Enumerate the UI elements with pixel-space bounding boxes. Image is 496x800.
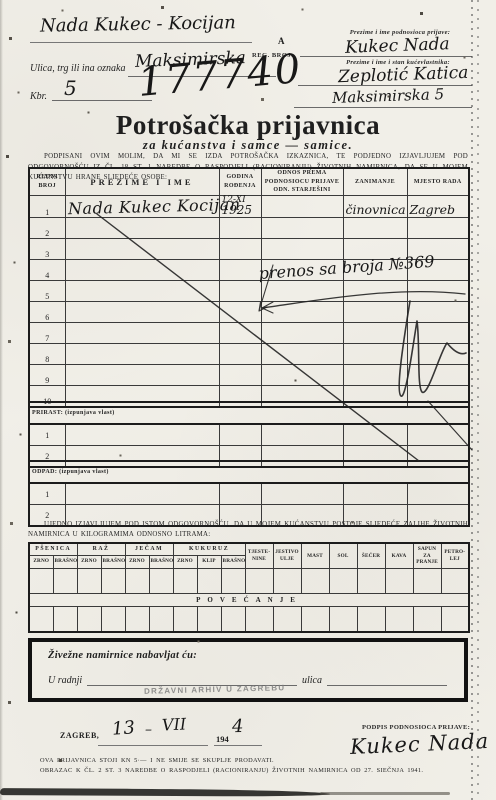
col-header-godina-rodjenja: GODINA ROĐENJA <box>219 168 261 196</box>
supply-value-cell <box>77 607 101 633</box>
member-birth-cell <box>219 323 261 344</box>
row-number: 9 <box>29 365 65 386</box>
supply-value-cell <box>77 569 101 594</box>
street-label: Ulica, trg ili ina oznaka <box>30 63 125 74</box>
member-workplace-cell: Zagreb <box>407 196 469 218</box>
col-header-redni-broj: REDNI BROJ <box>29 168 65 196</box>
footer-regulation-note: OBRAZAC K ČL. 2 ST. 3 NAREDBE O RASPODJE… <box>40 767 423 774</box>
odpad-birth-cell <box>219 483 261 505</box>
supply-value-cell <box>29 569 53 594</box>
member-row-1: 1 Nada Kukec Kocijan 12-XI1925 činovnica… <box>29 196 469 218</box>
supply-value-cell <box>441 607 469 633</box>
supply-value-cell <box>197 569 221 594</box>
member-workplace-cell <box>407 323 469 344</box>
left-scan-edge <box>0 0 3 800</box>
supply-value-cell <box>29 607 53 633</box>
right-edge-perforation <box>471 0 473 800</box>
member-occupation-cell <box>343 365 407 386</box>
house-number-line <box>52 100 152 101</box>
house-number-label: Kbr. <box>30 91 47 102</box>
odpad-name-cell <box>65 483 219 505</box>
col-group-raz: RAŽ <box>77 543 125 556</box>
prirast-label: PRIRAST: (izpunjava vlast) <box>29 402 469 424</box>
member-relation-cell <box>261 365 343 386</box>
landlord-address-line <box>294 107 472 108</box>
landlord-name-line <box>298 85 472 86</box>
member-name-cell <box>65 281 219 302</box>
member-name-cell <box>65 323 219 344</box>
supply-value-cell <box>149 569 173 594</box>
member-relation-cell <box>261 196 343 218</box>
bottom-scan-smudge-light <box>320 792 450 795</box>
col-header-sol: SOL <box>329 543 357 569</box>
section-letter: A <box>278 36 285 46</box>
supply-value-cell <box>301 569 329 594</box>
row-number: 2 <box>29 218 65 239</box>
supplies-group-header-row: PŠENICA RAŽ JEČAM KUKURUZ TJESTE-NINE JE… <box>29 543 469 556</box>
member-relation-cell <box>261 218 343 239</box>
supply-value-cell <box>357 607 385 633</box>
col-header-mjesto-rada: MJESTO RADA <box>407 168 469 196</box>
household-members-table: REDNI BROJ PREZIME I IME GODINA ROĐENJA … <box>28 167 470 408</box>
col-header-brasno: BRAŠNO <box>149 556 173 569</box>
col-header-zrno: ZRNO <box>125 556 149 569</box>
row-number: 7 <box>29 323 65 344</box>
handwritten-landlord-address: Maksimirska 5 <box>332 85 445 107</box>
odpad-header-row: ODPAD: (izpunjava vlast) <box>29 461 469 483</box>
member-workplace-cell <box>407 344 469 365</box>
supply-value-cell <box>125 607 149 633</box>
member-name-cell <box>65 344 219 365</box>
member-relation-cell <box>261 344 343 365</box>
prirast-relation-cell <box>261 424 343 446</box>
member-workplace-cell <box>407 365 469 386</box>
prirast-occupation-cell <box>343 424 407 446</box>
col-header-secer: ŠEĆER <box>357 543 385 569</box>
member-birth-cell <box>219 281 261 302</box>
members-header-row: REDNI BROJ PREZIME I IME GODINA ROĐENJA … <box>29 168 469 196</box>
supply-value-cell <box>101 607 125 633</box>
supply-value-cell <box>101 569 125 594</box>
member-row-9: 9 <box>29 365 469 386</box>
member-row-6: 6 <box>29 302 469 323</box>
col-header-sapun: SAPUN ZA PRANJE <box>413 543 441 569</box>
member-birth-cell <box>219 302 261 323</box>
member-occupation-cell <box>343 344 407 365</box>
row-number: 8 <box>29 344 65 365</box>
member-workplace-cell <box>407 281 469 302</box>
supply-value-cell <box>301 607 329 633</box>
col-header-zrno: ZRNO <box>77 556 101 569</box>
odpad-label: ODPAD: (izpunjava vlast) <box>29 461 469 483</box>
supply-value-cell <box>197 607 221 633</box>
paper-specks <box>0 0 1 1</box>
odpad-section-table: ODPAD: (izpunjava vlast) 1 2 <box>28 460 470 527</box>
odpad-workplace-cell <box>407 483 469 505</box>
member-name-cell <box>65 218 219 239</box>
povecanje-label: POVEĆANJE <box>29 594 469 607</box>
row-number: 3 <box>29 239 65 260</box>
row-number: 4 <box>29 260 65 281</box>
member-relation-cell <box>261 323 343 344</box>
col-header-zrno: ZRNO <box>173 556 197 569</box>
member-row-7: 7 <box>29 323 469 344</box>
supply-value-cell <box>329 607 357 633</box>
form-title: Potrošačka prijavnica <box>0 110 496 141</box>
supplies-value-row-2 <box>29 607 469 633</box>
applicant-name-line <box>300 56 472 57</box>
handwritten-year-digit: 4 <box>232 716 244 737</box>
city-label: ZAGREB, <box>60 731 99 740</box>
scanned-form-page: Nada Kukec - Kocijan A REG. BROJ: Prezim… <box>0 0 496 800</box>
prirast-section-table: PRIRAST: (izpunjava vlast) 1 2 <box>28 401 470 468</box>
footer-price-note: OVA PRIJAVNICA STOJI KN 5·— I NE SMIJE S… <box>40 757 274 764</box>
form-subtitle: za kućanstva i samce — samice. <box>0 138 496 153</box>
member-row-5: 5 <box>29 281 469 302</box>
member-name-cell <box>65 239 219 260</box>
right-edge-perforation-2 <box>477 0 479 800</box>
supply-value-cell <box>273 569 301 594</box>
supply-value-cell <box>413 607 441 633</box>
col-header-kava: KAVA <box>385 543 413 569</box>
member-birth-cell <box>219 218 261 239</box>
supply-value-cell <box>173 569 197 594</box>
member-row-8: 8 <box>29 344 469 365</box>
year-line <box>214 745 262 746</box>
col-header-odnos: ODNOS PREMA PODNOSIOCU PRIJAVE ODN. STAR… <box>261 168 343 196</box>
col-group-jecam: JEČAM <box>125 543 173 556</box>
row-number: 5 <box>29 281 65 302</box>
supply-value-cell <box>245 607 273 633</box>
handwritten-day: 13 <box>111 717 135 740</box>
member-occupation-cell <box>343 281 407 302</box>
supply-value-cell <box>245 569 273 594</box>
member-occupation-cell <box>343 218 407 239</box>
handwritten-signature: Kukec Nada <box>350 729 490 759</box>
col-header-zrno: ZRNO <box>29 556 53 569</box>
supply-value-cell <box>357 569 385 594</box>
supply-value-cell <box>221 569 245 594</box>
supply-value-cell <box>441 569 469 594</box>
col-header-zanimanje: ZANIMANJE <box>343 168 407 196</box>
member-name-cell <box>65 302 219 323</box>
purchase-heading: Živežne namirnice nabavljat ću: <box>48 650 197 661</box>
member-relation-cell <box>261 239 343 260</box>
member-workplace-cell <box>407 218 469 239</box>
odpad-row-1: 1 <box>29 483 469 505</box>
bottom-scan-smudge <box>0 788 330 797</box>
top-name-line: Nada Kukec - Kocijan <box>30 14 252 43</box>
member-name-cell <box>65 260 219 281</box>
col-header-brasno: BRAŠNO <box>101 556 125 569</box>
purchase-declaration-box: Živežne namirnice nabavljat ću: U radnji… <box>28 638 468 702</box>
member-relation-cell <box>261 302 343 323</box>
member-birth-cell <box>219 365 261 386</box>
member-birth-cell <box>219 344 261 365</box>
shop-label: U radnji <box>48 675 82 686</box>
row-number: 1 <box>29 483 65 505</box>
printed-year-prefix: 194 <box>216 734 229 744</box>
supply-value-cell <box>413 569 441 594</box>
povecanje-row: POVEĆANJE <box>29 594 469 607</box>
col-header-prezime-ime: PREZIME I IME <box>65 168 219 196</box>
row-number: 1 <box>29 196 65 218</box>
col-header-petrolej: PETRO-LEJ <box>441 543 469 569</box>
prirast-birth-cell <box>219 424 261 446</box>
supply-value-cell <box>273 607 301 633</box>
handwritten-dash: – <box>145 722 152 738</box>
col-header-jestivo-ulje: JESTIVO ULJE <box>273 543 301 569</box>
odpad-relation-cell <box>261 483 343 505</box>
supply-value-cell <box>53 569 77 594</box>
row-number: 1 <box>29 424 65 446</box>
member-row-2: 2 <box>29 218 469 239</box>
member-birth-cell <box>219 260 261 281</box>
supply-value-cell <box>221 607 245 633</box>
col-header-mast: MAST <box>301 543 329 569</box>
member-relation-cell <box>261 281 343 302</box>
prirast-row-1: 1 <box>29 424 469 446</box>
supply-value-cell <box>53 607 77 633</box>
handwritten-full-name: Nada Kukec - Kocijan <box>30 12 236 37</box>
handwritten-month: VII <box>162 714 187 734</box>
supply-value-cell <box>149 607 173 633</box>
street-fill-label: ulica <box>302 675 322 686</box>
col-header-brasno: BRAŠNO <box>221 556 245 569</box>
member-name-cell <box>65 365 219 386</box>
odpad-occupation-cell <box>343 483 407 505</box>
handwritten-house-number: 5 <box>64 76 77 100</box>
member-occupation-cell <box>343 323 407 344</box>
member-occupation-cell <box>343 302 407 323</box>
date-line <box>98 745 208 746</box>
member-name-cell: Nada Kukec Kocijan <box>65 196 219 218</box>
handwritten-applicant-name: Kukec Nada <box>345 34 450 58</box>
supply-value-cell <box>125 569 149 594</box>
prirast-workplace-cell <box>407 424 469 446</box>
col-header-klip: KLIP <box>197 556 221 569</box>
supply-value-cell <box>173 607 197 633</box>
food-supplies-table: PŠENICA RAŽ JEČAM KUKURUZ TJESTE-NINE JE… <box>28 542 470 633</box>
member-occupation-cell: činovnica <box>343 196 407 218</box>
col-group-kukuruz: KUKURUZ <box>173 543 245 556</box>
supply-value-cell <box>385 607 413 633</box>
col-group-psenica: PŠENICA <box>29 543 77 556</box>
col-header-tjestenine: TJESTE-NINE <box>245 543 273 569</box>
col-header-brasno: BRAŠNO <box>53 556 77 569</box>
street-fill-line <box>327 674 447 686</box>
handwritten-landlord-name: Zeplotić Katica <box>338 63 469 88</box>
supply-value-cell <box>329 569 357 594</box>
supplies-declaration-text: UJEDNO IZJAVLJUJEM POD ISTOM ODGOVORNOŠĆ… <box>28 520 468 541</box>
row-number: 6 <box>29 302 65 323</box>
supply-value-cell <box>385 569 413 594</box>
prirast-header-row: PRIRAST: (izpunjava vlast) <box>29 402 469 424</box>
prirast-name-cell <box>65 424 219 446</box>
supplies-value-row-1 <box>29 569 469 594</box>
member-birth-cell <box>219 239 261 260</box>
member-workplace-cell <box>407 302 469 323</box>
